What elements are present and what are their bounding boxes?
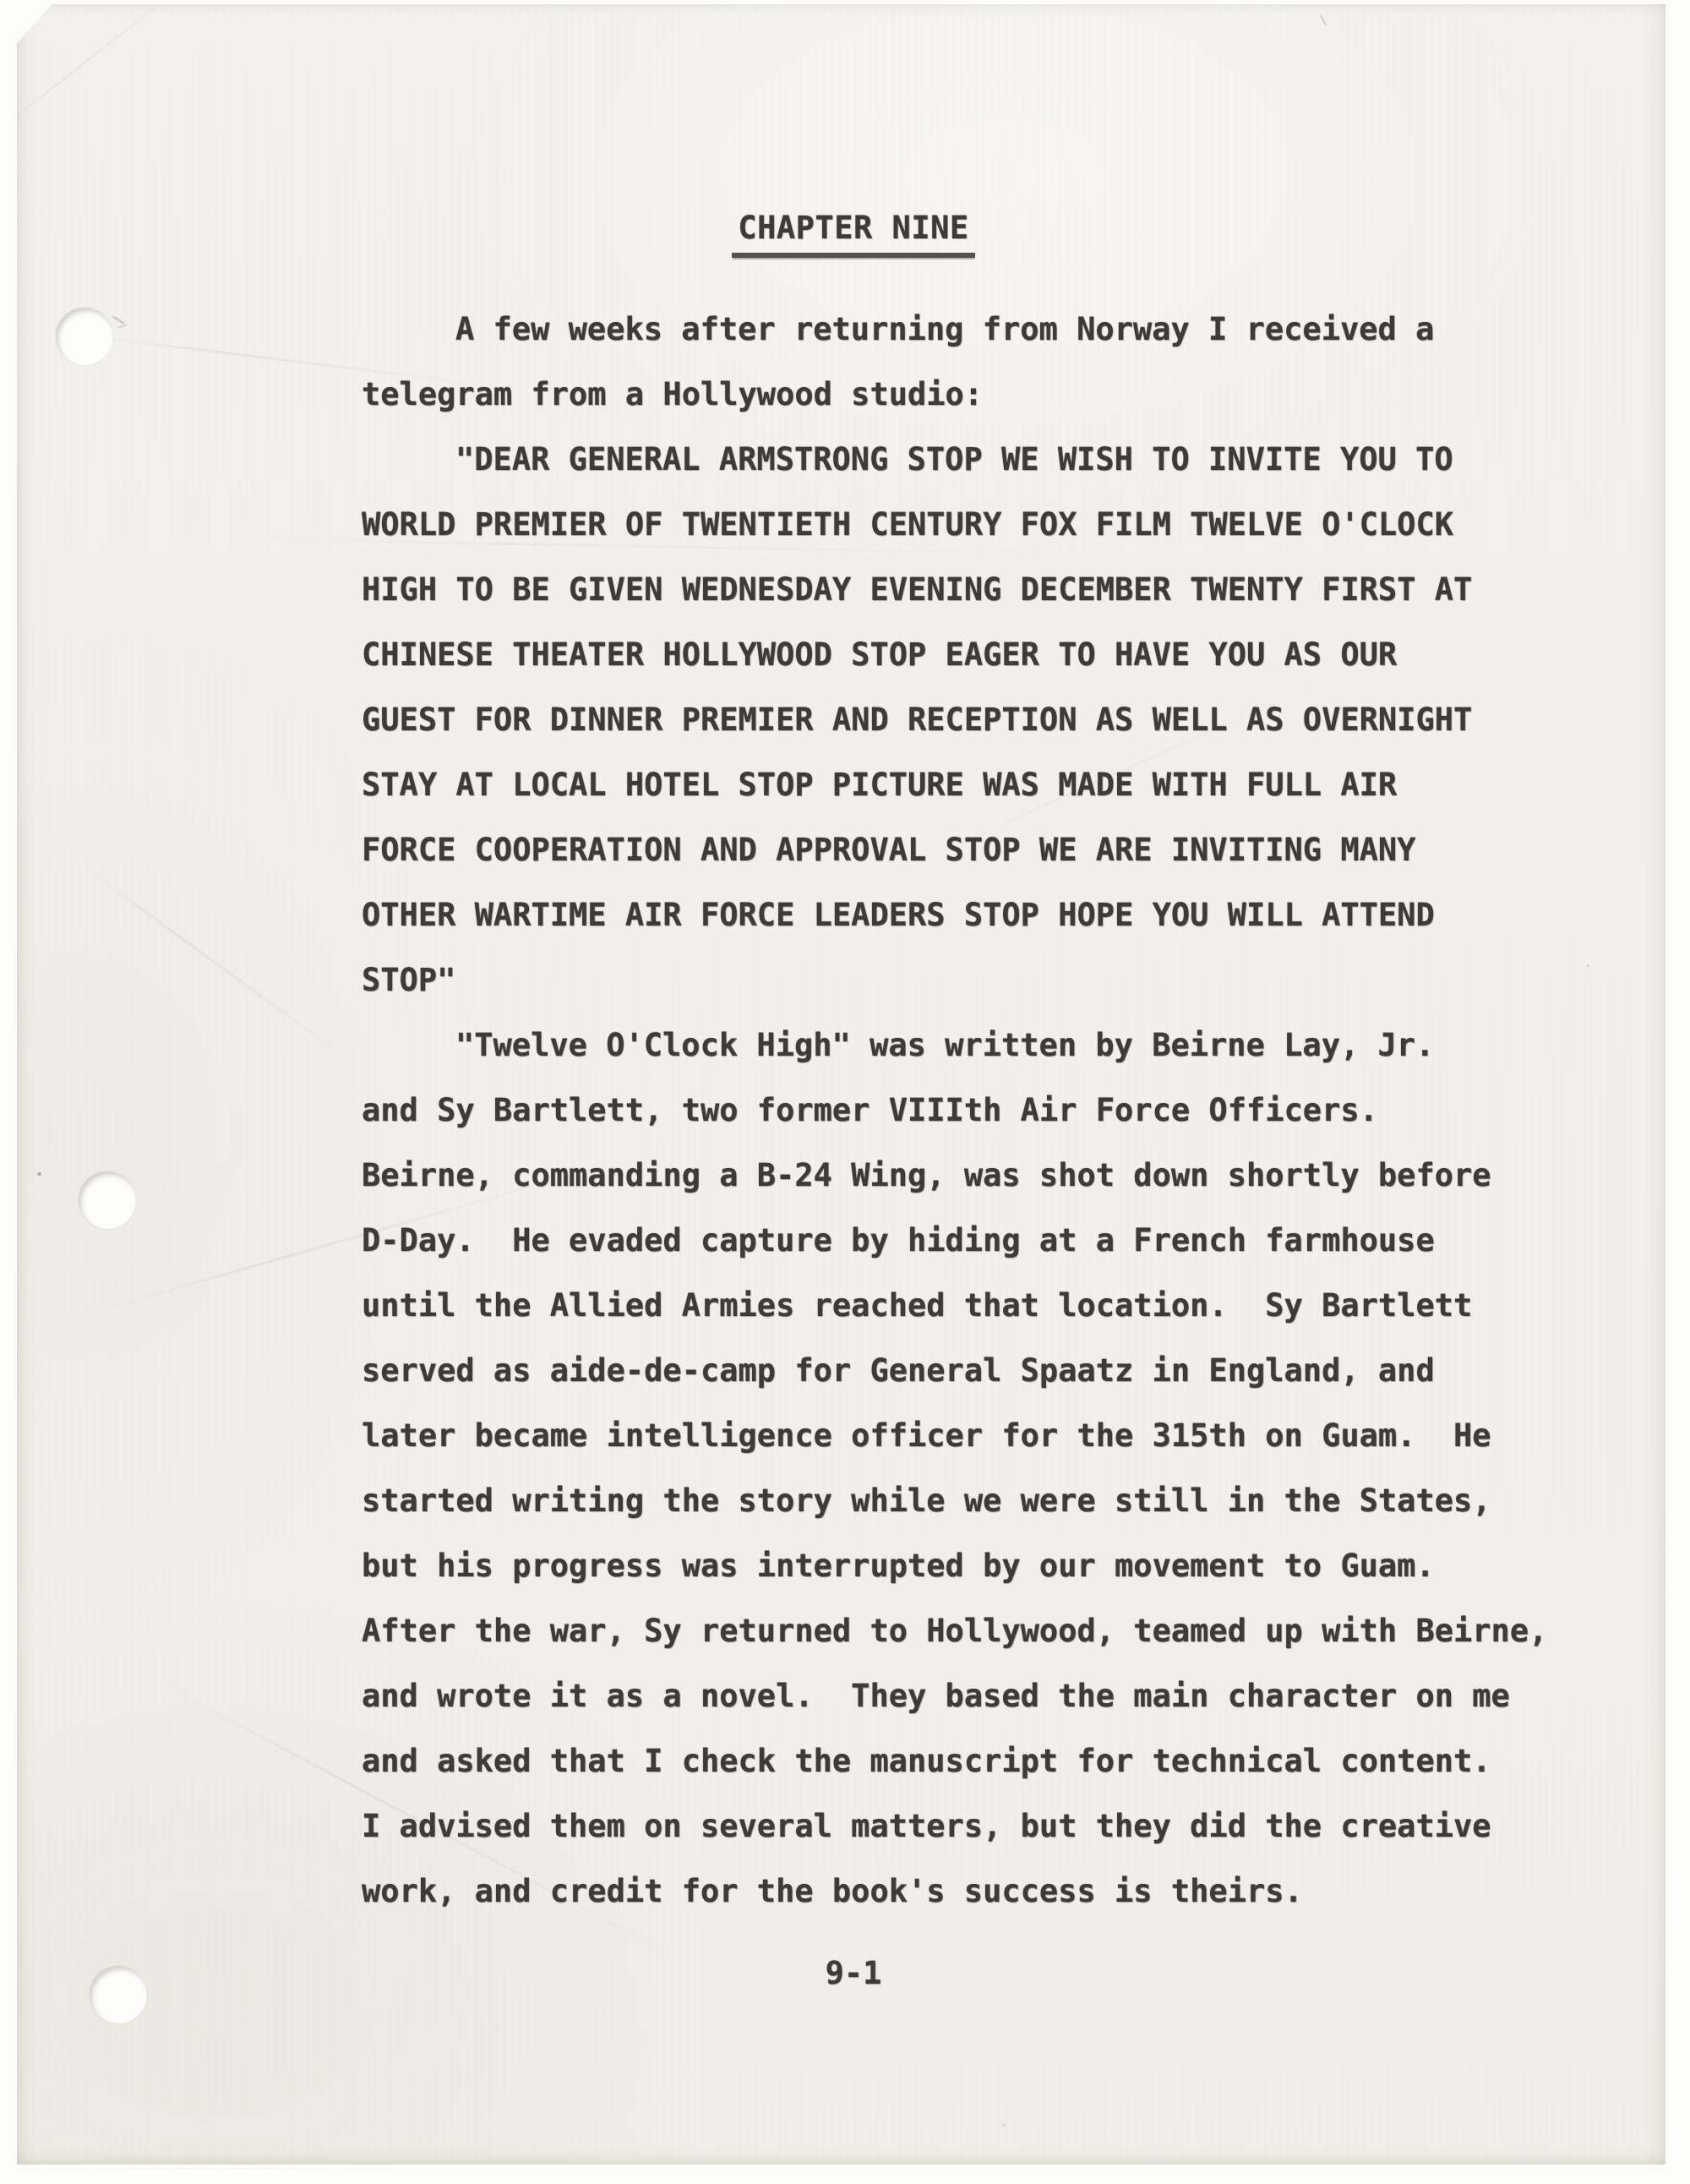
text-line: I advised them on several matters, but t… xyxy=(362,1794,1612,1859)
text-line: "DEAR GENERAL ARMSTRONG STOP WE WISH TO … xyxy=(362,427,1612,492)
text-line: OTHER WARTIME AIR FORCE LEADERS STOP HOP… xyxy=(362,882,1612,947)
punch-hole-top xyxy=(56,308,113,365)
document-body: A few weeks after returning from Norway … xyxy=(362,297,1612,1924)
paper-crease xyxy=(76,861,372,1077)
text-line: and asked that I check the manuscript fo… xyxy=(362,1728,1612,1794)
scanned-page-background: CHAPTER NINE A few weeks after returning… xyxy=(0,0,1690,2184)
text-line: served as aide-de-camp for General Spaat… xyxy=(362,1338,1612,1403)
text-line: work, and credit for the book's success … xyxy=(362,1859,1612,1924)
punch-hole-middle xyxy=(79,1171,136,1229)
chapter-title: CHAPTER NINE xyxy=(732,210,974,258)
text-line: and wrote it as a novel. They based the … xyxy=(362,1663,1612,1728)
manuscript-page: CHAPTER NINE A few weeks after returning… xyxy=(17,4,1665,2165)
text-line: later became intelligence officer for th… xyxy=(362,1403,1612,1468)
text-line: but his progress was interrupted by our … xyxy=(362,1533,1612,1598)
text-line: STOP" xyxy=(362,947,1612,1013)
text-line: Beirne, commanding a B-24 Wing, was shot… xyxy=(362,1143,1612,1208)
text-line: and Sy Bartlett, two former VIIIth Air F… xyxy=(362,1078,1612,1143)
stray-pen-mark xyxy=(1319,14,1327,26)
text-line: telegram from a Hollywood studio: xyxy=(362,362,1612,427)
chapter-heading-row: CHAPTER NINE xyxy=(362,210,1345,258)
text-line: GUEST FOR DINNER PREMIER AND RECEPTION A… xyxy=(362,687,1612,752)
text-line: STAY AT LOCAL HOTEL STOP PICTURE WAS MAD… xyxy=(362,752,1612,817)
page-number: 9-1 xyxy=(362,1941,1345,2006)
text-line: After the war, Sy returned to Hollywood,… xyxy=(362,1598,1612,1663)
text-line: "Twelve O'Clock High" was written by Bei… xyxy=(362,1013,1612,1078)
dust-speck xyxy=(118,324,127,328)
text-line: D-Day. He evaded capture by hiding at a … xyxy=(362,1208,1612,1273)
text-line: A few weeks after returning from Norway … xyxy=(362,297,1612,362)
dust-speck xyxy=(1002,2124,1006,2127)
text-line: FORCE COOPERATION AND APPROVAL STOP WE A… xyxy=(362,817,1612,882)
punch-hole-bottom xyxy=(90,1966,147,2023)
text-line: until the Allied Armies reached that loc… xyxy=(362,1273,1612,1338)
text-line: CHINESE THEATER HOLLYWOOD STOP EAGER TO … xyxy=(362,622,1612,687)
dust-speck xyxy=(37,1172,41,1176)
text-line: started writing the story while we were … xyxy=(362,1468,1612,1533)
text-line: HIGH TO BE GIVEN WEDNESDAY EVENING DECEM… xyxy=(362,557,1612,622)
text-line: WORLD PREMIER OF TWENTIETH CENTURY FOX F… xyxy=(362,492,1612,557)
dust-speck xyxy=(112,315,124,325)
paper-crease xyxy=(0,0,194,135)
